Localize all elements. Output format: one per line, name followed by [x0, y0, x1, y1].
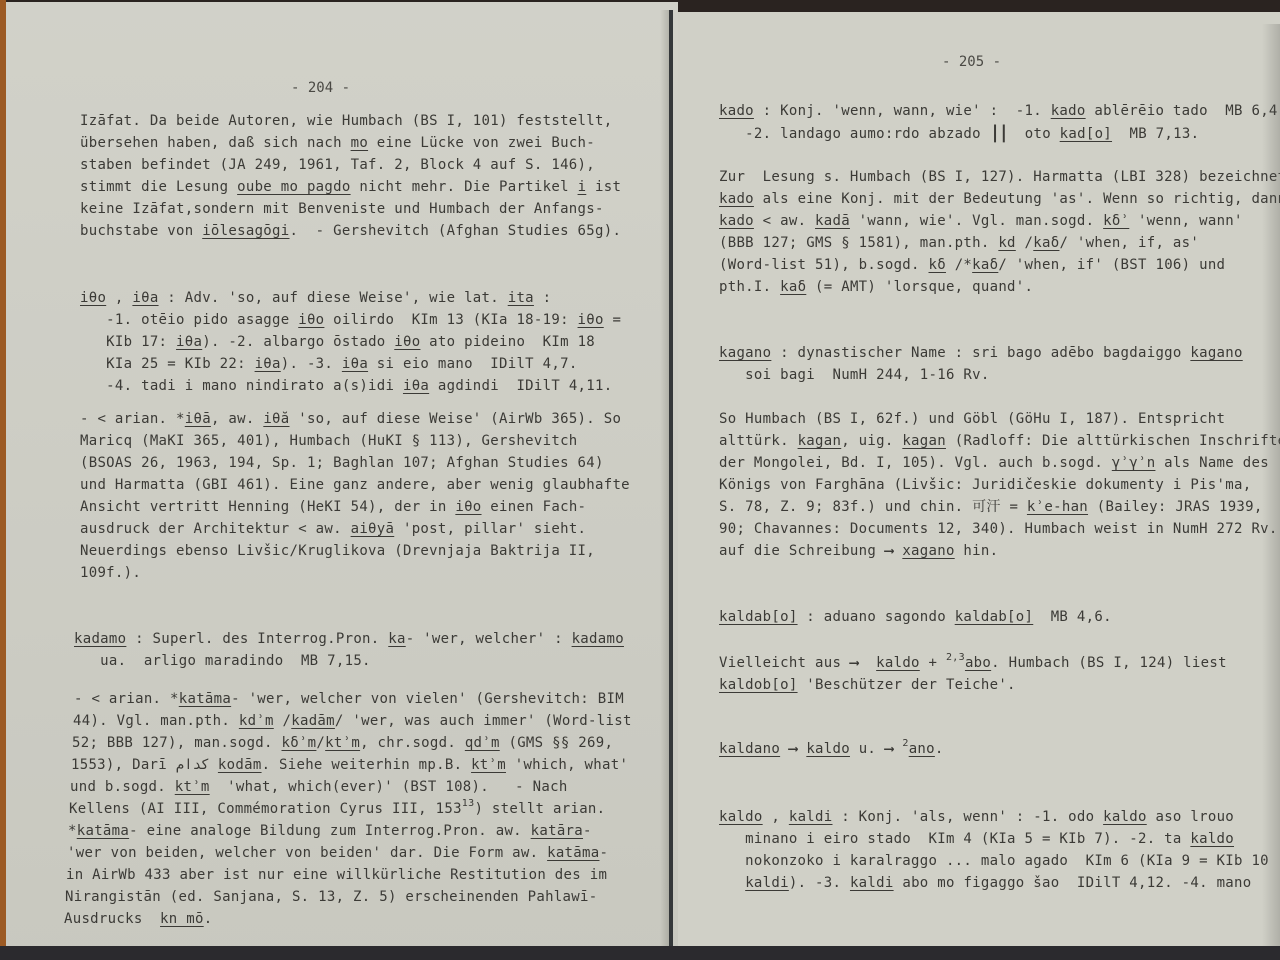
text-line: kaldi). -3. kaldi abo mo figaggo šao IDi…	[719, 872, 1252, 894]
left-page: - 204 - Izāfat. Da beide Autoren, wie Hu…	[6, 2, 678, 950]
page-edge-shadow	[1262, 24, 1280, 960]
text-line: KIb 17: iθa). -2. albargo ōstado iθo ato…	[80, 331, 595, 353]
text-line: staben befindet (JA 249, 1961, Taf. 2, B…	[80, 154, 595, 176]
text-line: (BBB 127; GMS § 1581), man.pth. kd /kaδ/…	[719, 232, 1199, 254]
text-line: -4. tadi i mano nindirato a(s)idi iθa ag…	[80, 375, 612, 397]
text-line: kagano : dynastischer Name : sri bago ad…	[719, 342, 1243, 364]
text-line: -1. otēio pido asagge iθo oilirdo KIm 13…	[80, 309, 621, 331]
text-line: Ausdrucks kn mō.	[64, 908, 212, 930]
text-line: 109f.).	[80, 562, 141, 584]
text-line: -2. landago aumo:rdo abzado || oto kad[o…	[719, 122, 1199, 145]
text-line: soi bagi NumH 244, 1-16 Rv.	[719, 364, 990, 386]
page-gutter	[669, 10, 673, 946]
text-line: pth.I. kaδ (= AMT) 'lorsque, quand'.	[719, 276, 1033, 298]
text-line: kado als eine Konj. mit der Bedeutung 'a…	[719, 188, 1280, 210]
text-line: Neuerdings ebenso Livšic/Kruglikova (Dre…	[80, 540, 595, 562]
text-line: Nirangistān (ed. Sanjana, S. 13, Z. 5) e…	[65, 886, 597, 908]
text-line: keine Izāfat,sondern mit Benveniste und …	[80, 198, 604, 220]
text-line: Königs von Farghāna (Livšic: Juridičeski…	[719, 474, 1251, 496]
page-number-right: - 205 -	[942, 54, 1001, 70]
text-line: nokonzoko i karalraggo ... malo agado KI…	[719, 850, 1269, 872]
text-line: der Mongolei, Bd. I, 105). Vgl. auch b.s…	[719, 452, 1269, 474]
text-line: iθo , iθa : Adv. 'so, auf diese Weise', …	[80, 287, 551, 309]
text-line: übersehen haben, daß sich nach mo eine L…	[80, 132, 595, 154]
text-line: auf die Schreibung ⟶ xagano hin.	[719, 540, 998, 562]
text-line: kado : Konj. 'wenn, wann, wie' : -1. kad…	[719, 100, 1280, 122]
text-line: buchstabe von iōlesagōgi. - Gershevitch …	[80, 220, 621, 242]
text-line: minano i eiro stado KIm 4 (KIa 5 = KIb 7…	[719, 828, 1234, 850]
text-line: kaldob[o] 'Beschützer der Teiche'.	[719, 674, 1016, 696]
text-line: alttürk. kagan, uig. kagan (Radloff: Die…	[719, 430, 1280, 452]
text-line: kado < aw. kadā 'wann, wie'. Vgl. man.so…	[719, 210, 1243, 232]
text-line: (Word-list 51), b.sogd. kδ /*kaδ/ 'when,…	[719, 254, 1225, 276]
text-line: stimmt die Lesung oube mo pagdo nicht me…	[80, 176, 621, 198]
text-line: Zur Lesung s. Humbach (BS I, 127). Harma…	[719, 166, 1280, 188]
text-line: KIa 25 = KIb 22: iθa). -3. iθa si eio ma…	[80, 353, 578, 375]
text-line: Kellens (AI III, Commémoration Cyrus III…	[69, 798, 605, 820]
text-line: kaldab[o] : aduano sagondo kaldab[o] MB …	[719, 606, 1112, 628]
text-line: Ansicht vertritt Henning (HeKI 54), der …	[80, 496, 586, 518]
text-line: 'wer von beiden, welcher von beiden' dar…	[67, 842, 608, 864]
text-line: - < arian. *iθā, aw. iθă 'so, auf diese …	[80, 408, 621, 430]
right-page: - 205 - kado : Konj. 'wenn, wann, wie' :…	[678, 12, 1280, 948]
text-line: und b.sogd. ktʾm 'what, which(ever)' (BS…	[70, 776, 568, 798]
page-number-left: - 204 -	[291, 80, 350, 96]
text-line: - < arian. *katāma- 'wer, welcher von vi…	[74, 688, 624, 710]
text-line: 90; Chavannes: Documents 12, 340). Humba…	[719, 518, 1278, 540]
text-line: und Harmatta (GBI 461). Eine ganz andere…	[80, 474, 630, 496]
text-line: kaldano ⟶ kaldo u. ⟶ 2ano.	[719, 738, 944, 760]
text-line: 52; BBB 127), man.sogd. kδʾm/ktʾm, chr.s…	[72, 732, 613, 754]
text-line: S. 78, Z. 9; 83f.) und chin. 可汗 = kʾe-ha…	[719, 496, 1263, 518]
text-line: Izāfat. Da beide Autoren, wie Humbach (B…	[80, 110, 612, 132]
text-line: (BSOAS 26, 1963, 194, Sp. 1; Baghlan 107…	[80, 452, 604, 474]
text-line: kadamo : Superl. des Interrog.Pron. ka- …	[74, 628, 624, 650]
text-line: *katāma- eine analoge Bildung zum Interr…	[68, 820, 592, 842]
text-line: So Humbach (BS I, 62f.) und Göbl (GöHu I…	[719, 408, 1225, 430]
text-line: 1553), Darī کدام kodām. Siehe weiterhin …	[71, 754, 628, 776]
text-line: kaldo , kaldi : Konj. 'als, wenn' : -1. …	[719, 806, 1234, 828]
text-line: 44). Vgl. man.pth. kdʾm /kadām/ 'wer, wa…	[73, 710, 632, 732]
text-line: Vielleicht aus ⟶ kaldo + 2,3abo. Humbach…	[719, 652, 1227, 674]
bottom-background	[0, 946, 1280, 960]
text-line: in AirWb 433 aber ist nur eine willkürli…	[66, 864, 607, 886]
text-line: ausdruck der Architektur < aw. aiθyā 'po…	[80, 518, 586, 540]
text-line: Maricq (MaKI 365, 401), Humbach (HuKI § …	[80, 430, 578, 452]
text-line: ua. arligo maradindo MB 7,15.	[74, 650, 371, 672]
